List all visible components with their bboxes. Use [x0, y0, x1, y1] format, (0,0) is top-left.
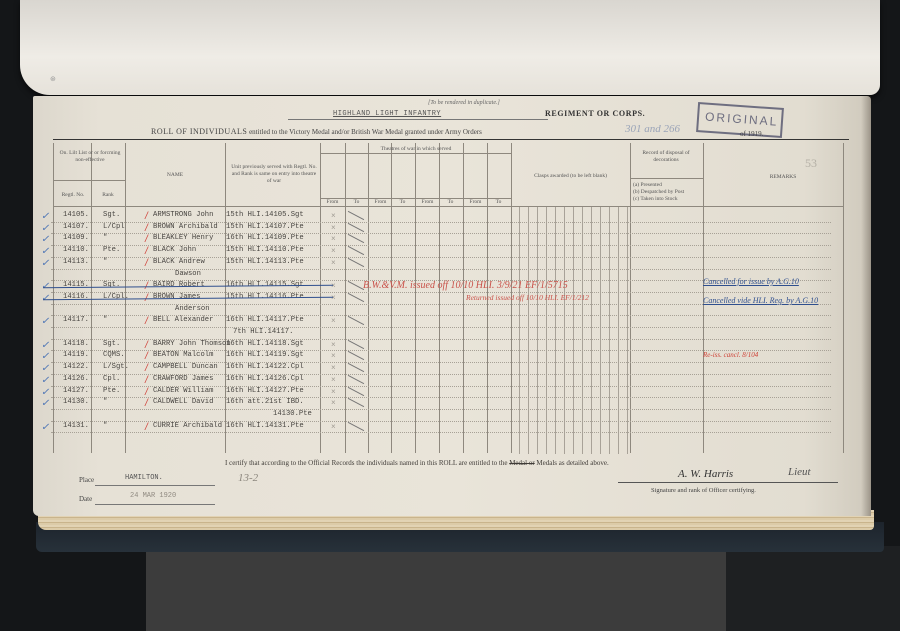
red-tick-icon: /	[145, 363, 148, 374]
header-from: From	[463, 199, 488, 206]
regiment-name: HIGHLAND LIGHT INFANTRY	[333, 110, 441, 118]
blue-check-icon: ✓	[41, 375, 49, 386]
table-row: 14109."BLEAKLEY Henry16th HLI.14109.Pte✓…	[33, 233, 833, 245]
cell-name: CALDER William	[153, 387, 213, 395]
to-slash-mark-icon	[348, 363, 364, 372]
cell-rank: "	[103, 398, 107, 406]
header-regtl-no: Regtl. No.	[55, 192, 91, 199]
header-unit: Unit previously served with Regtl. No. a…	[229, 164, 319, 185]
cell-regtl-no: 14115.	[63, 281, 89, 289]
roll-title-rest: entitled to the Victory Medal and/or Bri…	[249, 128, 482, 136]
header-to: To	[439, 199, 462, 206]
cell-regtl-no: 14118.	[63, 340, 89, 348]
header-rule	[320, 153, 511, 154]
to-slash-mark-icon	[348, 421, 364, 430]
from-cross-mark-icon: ×	[331, 293, 336, 302]
cell-rank: Pte.	[103, 246, 120, 254]
cell-unit: 16th HLI.14117.Pte	[226, 316, 304, 324]
cell-regtl-no: 14117.	[63, 316, 89, 324]
cell-unit: 16th HLI.14122.Cpl	[226, 363, 304, 371]
blue-check-icon: ✓	[41, 398, 49, 409]
to-slash-mark-icon	[348, 211, 364, 220]
red-tick-icon: /	[145, 375, 148, 386]
cell-name: BEATON Malcolm	[153, 351, 213, 359]
from-cross-mark-icon: ×	[331, 281, 336, 290]
blue-check-icon: ✓	[41, 387, 49, 398]
cell-regtl-no: 14130.	[63, 398, 89, 406]
date-value: 24 MAR 1920	[130, 492, 176, 500]
from-cross-mark-icon: ×	[331, 246, 336, 255]
cell-regtl-no: 14127.	[63, 387, 89, 395]
header-record-a: (a) Presented	[633, 182, 703, 189]
cell-unit: 16th HLI.14109.Pte	[226, 234, 304, 242]
cell-name: CALDWELL David	[153, 398, 213, 406]
date-label: Date	[79, 495, 92, 503]
roll-year: of 1919.	[740, 130, 763, 138]
cell-rank: "	[103, 234, 107, 242]
blue-check-icon: ✓	[41, 340, 49, 351]
officer-signature: A. W. Harris	[678, 468, 733, 480]
table-row: 7th HLI.14117.	[33, 327, 833, 339]
blue-check-icon: ✓	[41, 258, 49, 269]
cell-name: ARMSTRONG John	[153, 211, 213, 219]
red-tick-icon: /	[145, 246, 148, 257]
blue-remark-cancelled-1: Cancelled for issue by A.G.10	[703, 277, 799, 286]
to-slash-mark-icon	[348, 398, 364, 407]
cell-rank: Sgt.	[103, 340, 120, 348]
page-number: 53	[805, 156, 817, 171]
roll-title-prefix: ROLL OF INDIVIDUALS	[151, 127, 247, 136]
table-row: 14118.Sgt.BARRY John Thomson16th HLI.141…	[33, 339, 833, 351]
background-surface	[146, 546, 726, 631]
from-cross-mark-icon: ×	[331, 422, 336, 431]
header-to: To	[487, 199, 510, 206]
blue-check-icon: ✓	[41, 316, 49, 327]
signature-line	[618, 482, 838, 483]
cell-rank: CQMS.	[103, 351, 125, 359]
cell-unit: 15th HLI.14105.Sgt	[226, 211, 304, 219]
certification-statement: I certify that according to the Official…	[225, 459, 609, 467]
regiment-label: REGIMENT OR CORPS.	[545, 109, 645, 118]
blue-check-icon: ✓	[41, 234, 49, 245]
blue-check-icon: ✓	[41, 246, 49, 257]
red-tick-icon: /	[145, 316, 148, 327]
cell-regtl-no: 14109.	[63, 234, 89, 242]
from-cross-mark-icon: ×	[331, 211, 336, 220]
header-rule	[53, 180, 125, 181]
background-surface-right	[726, 546, 900, 631]
date-line	[95, 504, 215, 505]
cell-unit: 7th HLI.14117.	[233, 328, 293, 336]
place-value: HAMILTON.	[125, 474, 163, 482]
cell-rank: Sgt.	[103, 211, 120, 219]
cell-unit: 16th HLI.14126.Cpl	[226, 375, 304, 383]
cell-rank: Sgt.	[103, 281, 120, 289]
cell-unit: 15th HLI.14116.Pte	[226, 293, 304, 301]
to-slash-mark-icon	[348, 340, 364, 349]
header-from: From	[320, 199, 345, 206]
cell-regtl-no: 14122.	[63, 363, 89, 371]
officer-rank: Lieut	[788, 466, 811, 478]
red-annotation-issued: B.W.&V.M. issued off 10/10 HLI. 3/9/21 E…	[363, 280, 568, 291]
certify-struck: Medal or	[509, 459, 534, 467]
table-row: 14113."BLACK Andrew15th HLI.14113.Pte✓/×	[33, 257, 833, 269]
cell-unit: 16th HLI.14119.Sgt	[226, 351, 304, 359]
duplicate-note: [To be rendered in duplicate.]	[428, 100, 500, 106]
page-mark: ⊛	[50, 75, 56, 83]
cell-rank: L/Sgt.	[103, 363, 129, 371]
from-cross-mark-icon: ×	[331, 375, 336, 384]
cell-name: CRAWFORD James	[153, 375, 213, 383]
blue-remark-cancelled-2: Cancelled vide HLI. Reg. by A.G.10	[703, 296, 818, 305]
table-row: Anderson	[33, 304, 833, 316]
roll-title: ROLL OF INDIVIDUALS entitled to the Vict…	[151, 127, 482, 136]
table-row: 14107.L/CplBROWN Archibald15th HLI.14107…	[33, 222, 833, 234]
cell-name: BAIRD Robert	[153, 281, 205, 289]
red-remark-reissue: Re-iss. cancl. 8/104	[703, 351, 758, 359]
cell-name: BLACK Andrew	[153, 258, 205, 266]
header-name: NAME	[125, 172, 225, 179]
from-cross-mark-icon: ×	[331, 387, 336, 396]
table-row: 14110.Pte.BLACK John15th HLI.14110.Pte✓/…	[33, 245, 833, 257]
to-slash-mark-icon	[348, 281, 364, 290]
header-remarks: REMARKS	[723, 174, 843, 181]
red-tick-icon: /	[145, 234, 148, 245]
cell-regtl-no: 14113.	[63, 258, 89, 266]
cell-unit: 16th HLI.14127.Pte	[226, 387, 304, 395]
cell-name: Anderson	[175, 305, 210, 313]
cell-name: BLEAKLEY Henry	[153, 234, 213, 242]
to-slash-mark-icon	[348, 223, 364, 232]
header-record-c: (c) Taken into Stock	[633, 196, 703, 203]
army-orders-handwritten: 301 and 266	[625, 123, 680, 135]
header-clasps: Clasps awarded (to be left blank)	[513, 173, 628, 180]
from-cross-mark-icon: ×	[331, 234, 336, 243]
cell-regtl-no: 14119.	[63, 351, 89, 359]
red-tick-icon: /	[145, 398, 148, 409]
red-annotation-returned: Returned issued off 10/10 HLI. EF/1/212	[466, 293, 589, 302]
red-tick-icon: /	[145, 351, 148, 362]
folded-top-page: ⊛	[20, 0, 880, 95]
to-slash-mark-icon	[348, 293, 364, 302]
to-slash-mark-icon	[348, 386, 364, 395]
to-slash-mark-icon	[348, 234, 364, 243]
cell-rank: Cpl.	[103, 375, 120, 383]
red-tick-icon: /	[145, 340, 148, 351]
table-row: 14131."CURRIE Archibald16th HLI.14131.Pt…	[33, 421, 833, 433]
cell-name: BELL Alexander	[153, 316, 213, 324]
header-rule	[53, 139, 849, 140]
certify-prefix: I certify that according to the Official…	[225, 459, 507, 467]
cell-regtl-no: 14107.	[63, 223, 89, 231]
regiment-underline	[288, 119, 548, 120]
from-cross-mark-icon: ×	[331, 398, 336, 407]
from-cross-mark-icon: ×	[331, 223, 336, 232]
cell-regtl-no: 14126.	[63, 375, 89, 383]
header-rank: Rank	[91, 192, 125, 199]
place-label: Place	[79, 476, 94, 484]
table-row: 14130.Pte	[33, 409, 833, 421]
blue-check-icon: ✓	[41, 211, 49, 222]
to-slash-mark-icon	[348, 316, 364, 325]
cell-rank: "	[103, 258, 107, 266]
blue-check-icon: ✓	[41, 293, 49, 304]
from-cross-mark-icon: ×	[331, 316, 336, 325]
cell-name: BLACK John	[153, 246, 196, 254]
cell-regtl-no: 14116.	[63, 293, 89, 301]
blue-check-icon: ✓	[41, 422, 49, 433]
cell-rank: L/Cpl.	[103, 293, 129, 301]
cell-regtl-no: 14105.	[63, 211, 89, 219]
cell-unit: 15th HLI.14110.Pte	[226, 246, 304, 254]
to-slash-mark-icon	[348, 246, 364, 255]
header-rule	[53, 206, 843, 207]
table-row: 14126.Cpl.CRAWFORD James16th HLI.14126.C…	[33, 374, 833, 386]
header-to: To	[391, 199, 414, 206]
to-slash-mark-icon	[348, 258, 364, 267]
cell-name: BROWN Archibald	[153, 223, 218, 231]
certify-suffix: Medals as detailed above.	[536, 459, 608, 467]
header-from: From	[368, 199, 393, 206]
table-row: 14127.Pte.CALDER William16th HLI.14127.P…	[33, 386, 833, 398]
cell-rank: L/Cpl	[103, 223, 125, 231]
from-cross-mark-icon: ×	[331, 351, 336, 360]
header-from: From	[415, 199, 440, 206]
header-officers-group: On. Lilt List or or forcming non-effecti…	[55, 150, 125, 164]
cell-unit: 16th att.21st IBD.	[226, 398, 304, 406]
cell-name: CAMPBELL Duncan	[153, 363, 218, 371]
to-slash-mark-icon	[348, 375, 364, 384]
table-row: 14130."CALDWELL David16th att.21st IBD.✓…	[33, 397, 833, 409]
blue-check-icon: ✓	[41, 223, 49, 234]
cell-unit: 16th HLI.14115.Sgt	[226, 281, 304, 289]
signature-caption: Signature and rank of Officer certifying…	[651, 487, 756, 494]
cell-rank: "	[103, 422, 107, 430]
header-to: To	[345, 199, 368, 206]
red-tick-icon: /	[145, 281, 148, 292]
cell-rank: Pte.	[103, 387, 120, 395]
cell-unit: 15th HLI.14113.Pte	[226, 258, 304, 266]
cell-unit: 15th HLI.14107.Pte	[226, 223, 304, 231]
cell-regtl-no: 14131.	[63, 422, 89, 430]
column-rule	[843, 143, 844, 453]
red-tick-icon: /	[145, 387, 148, 398]
cell-regtl-no: 14110.	[63, 246, 89, 254]
to-slash-mark-icon	[348, 351, 364, 360]
blue-check-icon: ✓	[41, 363, 49, 374]
cell-rank: "	[103, 316, 107, 324]
cell-name: Dawson	[175, 270, 201, 278]
red-tick-icon: /	[145, 422, 148, 433]
blue-check-icon: ✓	[41, 281, 49, 292]
header-rule	[630, 178, 703, 179]
cell-unit: 14130.Pte	[273, 410, 312, 418]
cell-name: BROWN James	[153, 293, 200, 301]
page-gutter-shadow	[861, 96, 871, 516]
header-record-b: (b) Despatched by Post	[633, 189, 703, 196]
blue-check-icon: ✓	[41, 351, 49, 362]
table-row: 14105.Sgt.ARMSTRONG John15th HLI.14105.S…	[33, 210, 833, 222]
from-cross-mark-icon: ×	[331, 258, 336, 267]
table-row: 14122.L/Sgt.CAMPBELL Duncan16th HLI.1412…	[33, 362, 833, 374]
cell-name: CURRIE Archibald	[153, 422, 222, 430]
from-cross-mark-icon: ×	[331, 340, 336, 349]
place-line	[95, 485, 215, 486]
red-tick-icon: /	[145, 223, 148, 234]
red-tick-icon: /	[145, 211, 148, 222]
cell-unit: 16th HLI.14131.Pte	[226, 422, 304, 430]
header-theatres: Theatres of war in which served	[321, 146, 511, 153]
cell-unit: 16th HLI.14118.Sgt	[226, 340, 304, 348]
cell-name: BARRY John Thomson	[153, 340, 231, 348]
medal-roll-page: [To be rendered in duplicate.] HIGHLAND …	[33, 96, 871, 516]
pencil-note: 13-2	[238, 472, 258, 484]
red-tick-icon: /	[145, 293, 148, 304]
from-cross-mark-icon: ×	[331, 363, 336, 372]
red-tick-icon: /	[145, 258, 148, 269]
header-record: Record of disposal of decorations	[631, 150, 701, 164]
table-row: 14117."BELL Alexander16th HLI.14117.Pte✓…	[33, 315, 833, 327]
